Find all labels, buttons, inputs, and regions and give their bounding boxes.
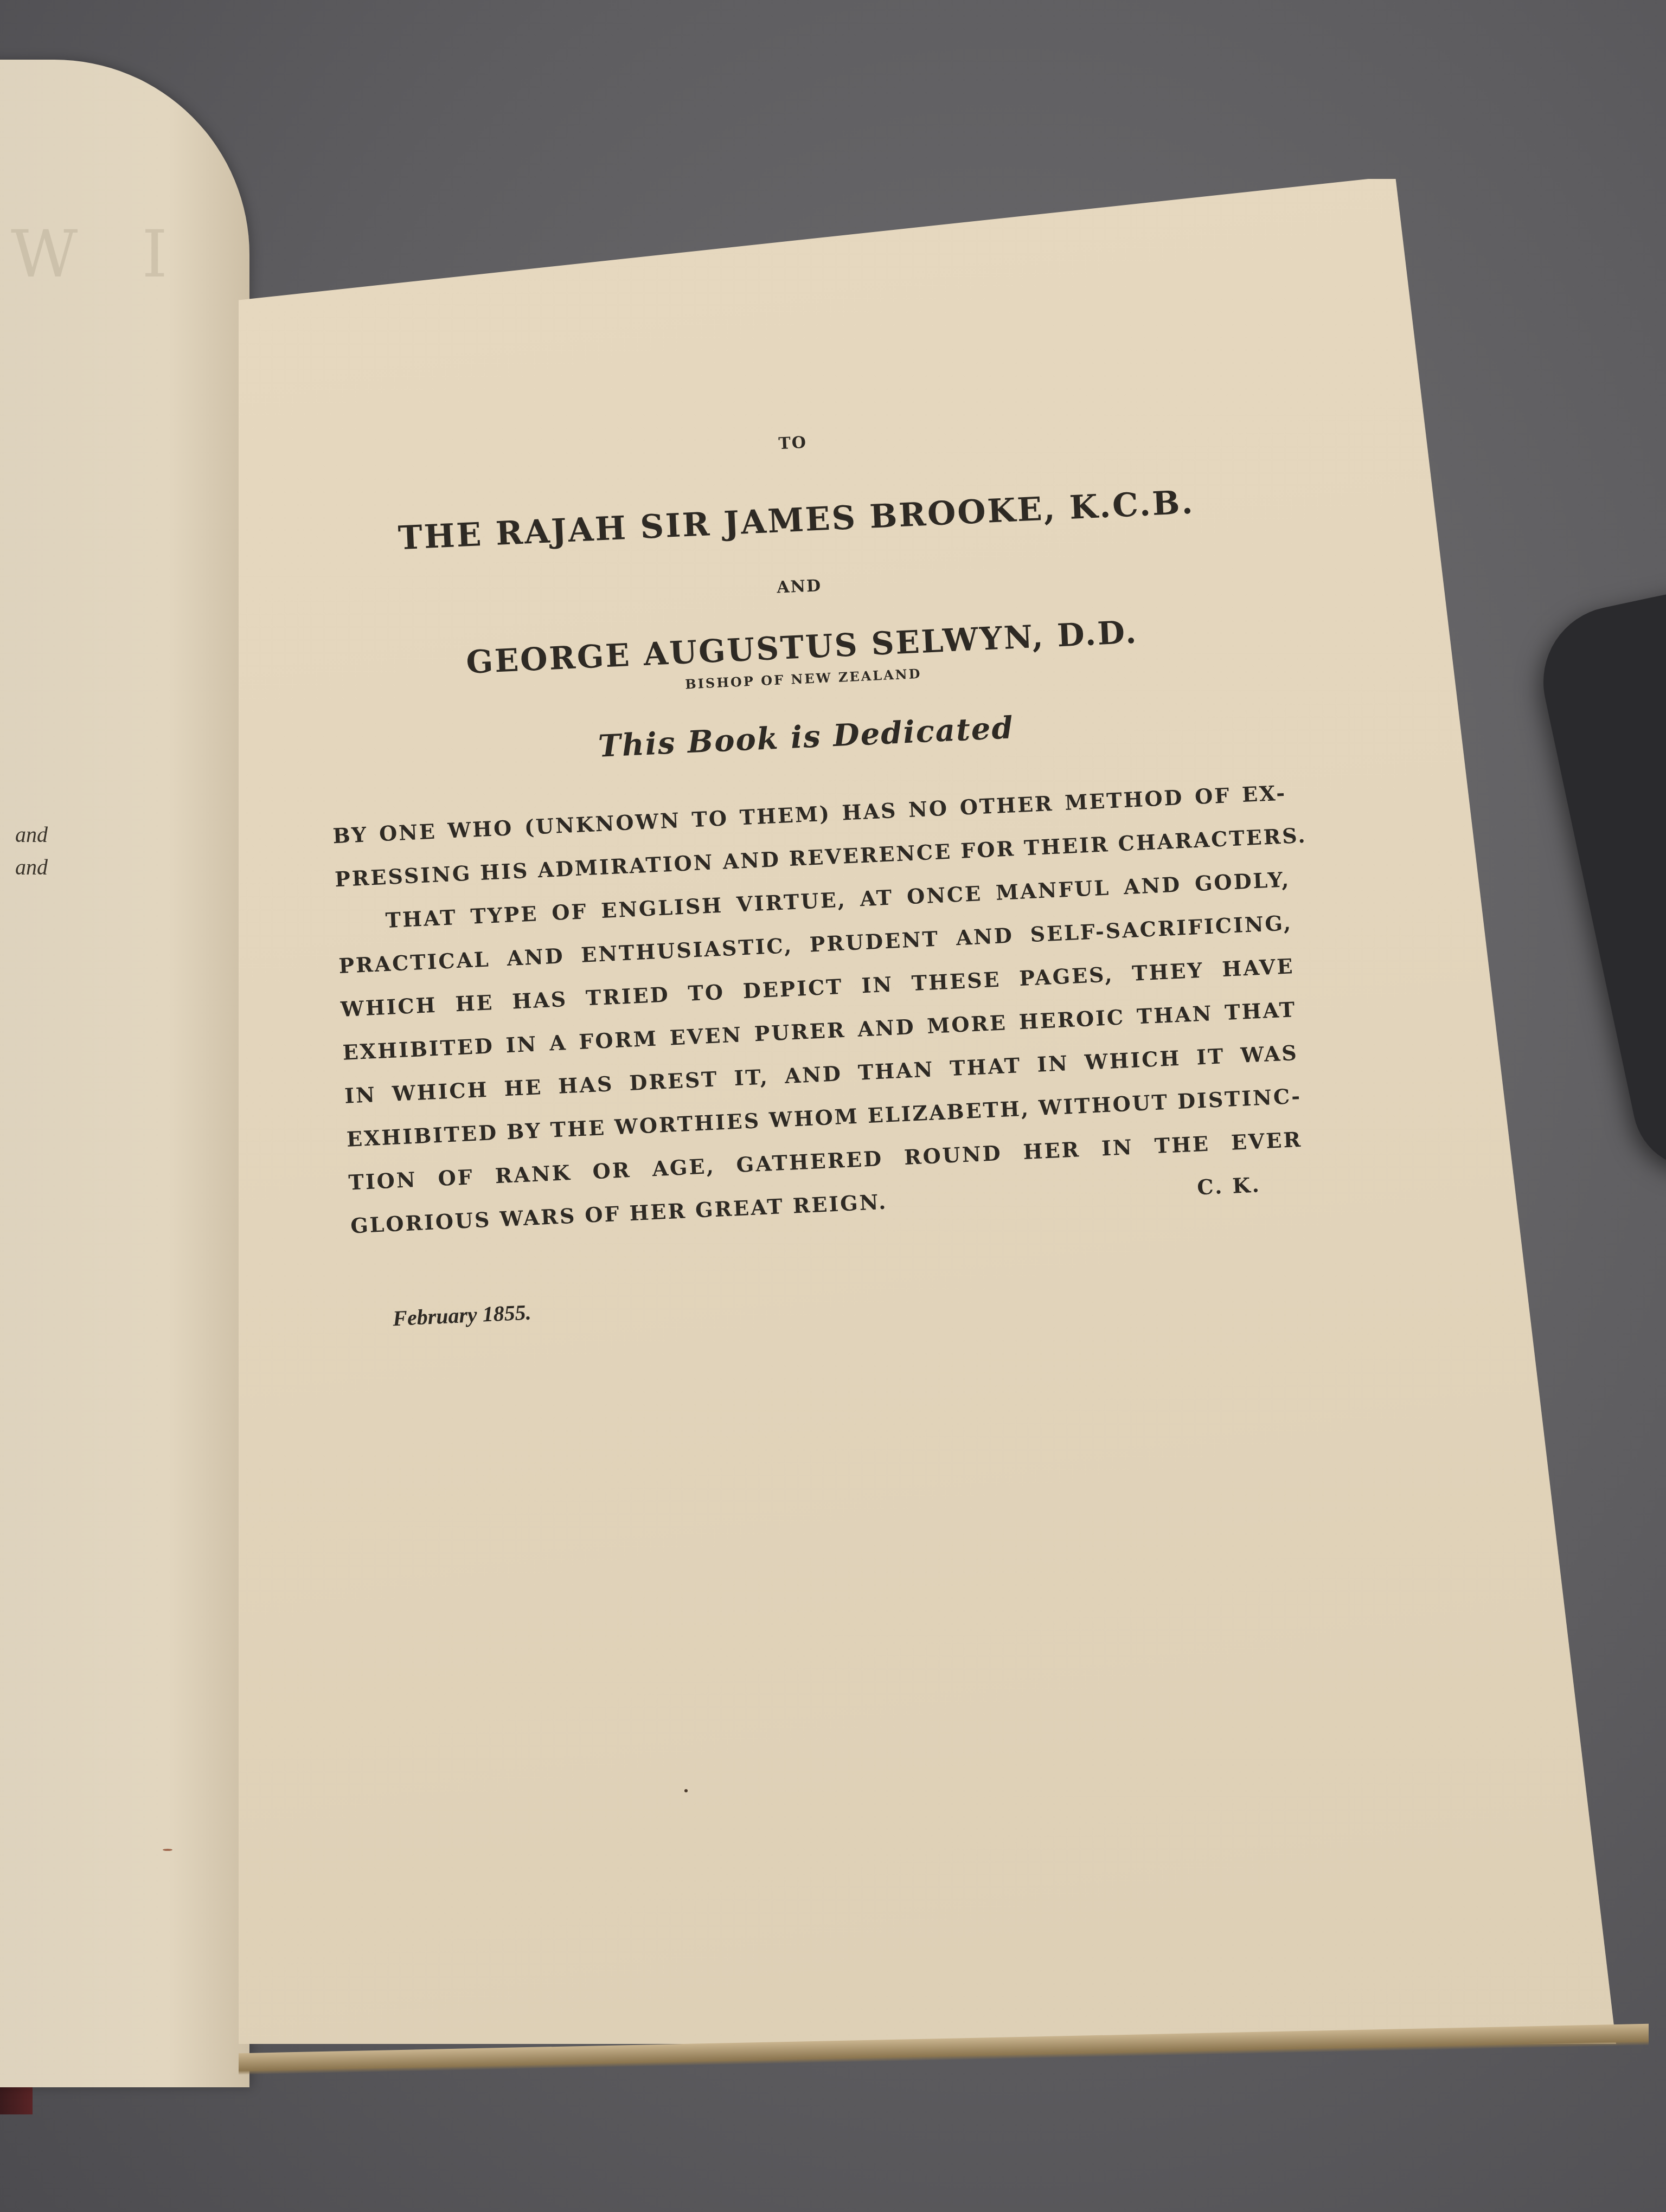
- dedication-and: AND: [322, 556, 1277, 618]
- recipient-1: THE RAJAH SIR JAMES BROOKE, K.C.B.: [318, 480, 1273, 561]
- bleed-through-letters: W I: [11, 217, 189, 292]
- dedication-body: BY ONE WHO (UNKNOWN TO THEM) HAS NO OTHE…: [332, 771, 1305, 1248]
- paper-speck: [684, 1789, 688, 1792]
- signature: C. K.: [1196, 1163, 1262, 1209]
- left-page: W I and and: [0, 60, 249, 2087]
- margin-word: and: [15, 851, 48, 884]
- dedication-block: TO THE RAJAH SIR JAMES BROOKE, K.C.B. AN…: [315, 390, 1309, 1333]
- dedication-heading: This Book is Dedicated: [329, 698, 1284, 777]
- paper-mark: [163, 1849, 172, 1851]
- left-margin-words: and and: [15, 819, 48, 884]
- margin-word: and: [15, 819, 48, 851]
